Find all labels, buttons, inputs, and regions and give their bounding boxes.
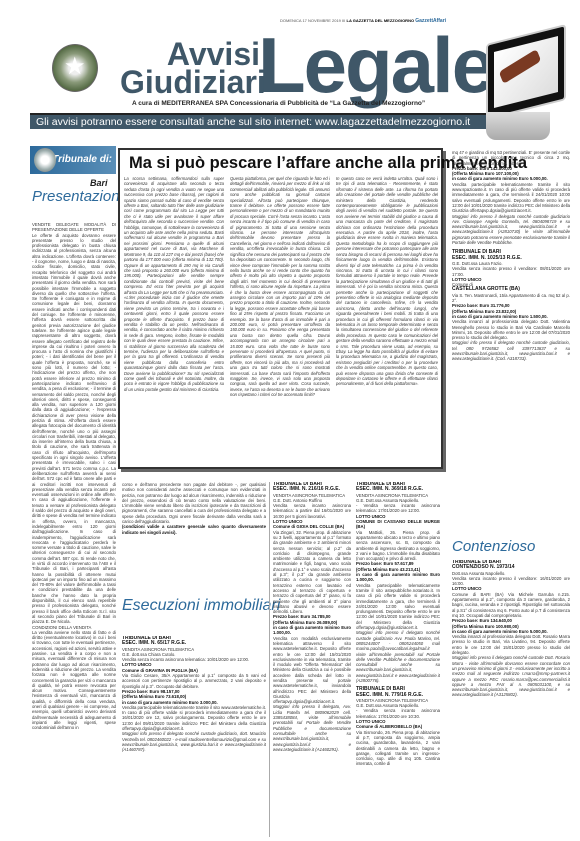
info: Maggiori info presso il delegato nonché … xyxy=(356,630,440,683)
details: Vendita partecipabile telematicamente tr… xyxy=(356,583,440,631)
general-conditions: corso e dell'anno precedente non pagate … xyxy=(122,482,266,597)
ad-contenzioso: TRIBUNALE DI BARI CONTENZIOSO N. 1973/14… xyxy=(452,560,570,820)
text-1: Le offerte di acquisto dovranno essere p… xyxy=(32,233,116,625)
date: Vendita senza incanto presso il venditor… xyxy=(452,576,570,587)
article-col-1: La scorsa settimana, soffermandoci sulla… xyxy=(124,176,224,466)
intro: VENDITE DELEGATE MODALITÀ DI PRESENTAZIO… xyxy=(32,222,116,233)
desc-2: Via Sismondo, 26. Piena prop. di abitazi… xyxy=(356,730,440,767)
info: Maggiori info presso il delegato nonché … xyxy=(452,340,570,361)
conditions-note: (condizioni valide a carattere generale … xyxy=(122,524,266,535)
contenzioso-heading: Contenzioso xyxy=(452,538,535,555)
ad-216-16: TRIBUNALE DI BARI ESEC. IMM. N. 216/16 R… xyxy=(273,482,351,837)
conditions-text: corso e dell'anno precedente non pagate … xyxy=(122,482,266,524)
details: Vendita innanzi al professionista delega… xyxy=(452,634,570,655)
title-avvisi-giudiziari: Avvisi Giudiziari xyxy=(120,40,260,96)
right-column-ads: mq 47 e giardino di mq 53 pertinenziali.… xyxy=(452,150,570,535)
title-line-2: Giudiziari xyxy=(120,68,260,96)
article-col-2: Questa piattaforma, per quel che riguard… xyxy=(230,176,330,466)
raise: in caso di gara aumento minimo Euro 1.00… xyxy=(356,572,440,583)
cont-info: Maggiori info presso il delegato nonché … xyxy=(452,214,570,246)
info: Maggiori info presso il delegato, Avv. L… xyxy=(273,704,351,752)
desc: Via Mattioli, 26. Piena prop. di apparta… xyxy=(356,530,440,562)
cont-details: Vendita partecipabile telematicamente tr… xyxy=(452,182,570,214)
ad-369-18: TRIBUNALE DI BARI ESEC. IMM. N. 369/18 R… xyxy=(356,482,440,837)
details: Vendita partecipabile telematicamente tr… xyxy=(122,705,266,731)
date: Vendita senza incanto presso il venditor… xyxy=(452,266,570,277)
feature-article: Ma si può pescare l’affare anche alla pr… xyxy=(118,148,443,469)
desc: Via S. Ten. Mastronardi, 15/a Appartamen… xyxy=(452,293,570,304)
details: Vendita innanzi al professionista delega… xyxy=(452,319,570,340)
desc: Comune di BARI (BA) Via Michele Garruba … xyxy=(452,592,570,618)
repubblica-emblem-icon: ★ xyxy=(52,44,98,92)
details: Vendita con modalità esclusivamente tele… xyxy=(273,636,351,705)
place: Comune di GIOIA DEL COLLE (BA) xyxy=(273,524,351,529)
column-divider xyxy=(269,482,270,837)
date: - Vendita senza incanto asincrona telema… xyxy=(356,503,440,514)
gavel-monitor-icon xyxy=(486,24,566,120)
esecuzioni-heading: Esecuzioni immobiliari xyxy=(122,598,280,613)
ref: ESEC. IMM. N. 216/16 R.G.E. xyxy=(273,487,351,492)
desc: Via Zingari, 32. Piena prop. di abitazio… xyxy=(273,530,351,615)
info: Maggiori info presso il delegato nonché … xyxy=(452,655,570,697)
emblem-small-icon xyxy=(34,148,56,172)
desc: Via Giulio Cesare, 35/A Appartamento al … xyxy=(122,673,266,689)
text-2: La vendita avviene nello stato di fatto … xyxy=(32,630,116,731)
ad-65-17: TRIBUNALE DI BARI ESEC. IMM. N. 65/17 R.… xyxy=(122,636,266,836)
monitor-stand xyxy=(486,112,550,140)
article-col-3: In questo caso ne verrà indetta un'altra… xyxy=(336,176,438,466)
subtitle: A cura di MEDITERRANEA SPA Concessionari… xyxy=(132,100,425,107)
website-banner: Gli avvisi potranno essere consultati an… xyxy=(30,113,486,129)
place: COMUNE DI CASSANO DELLE MURGE (BA) xyxy=(356,519,440,530)
date: Vendita senza incanto asincrona telemati… xyxy=(273,503,351,519)
tribunale-city: Bari xyxy=(90,178,108,188)
tribunale-text: Tribunale di: xyxy=(52,154,112,165)
date-2: - Vendita senza incanto asincrona telema… xyxy=(356,708,440,719)
raise: in caso di gara aumento minimo Euro 1.00… xyxy=(273,625,351,636)
cont-text: mq 47 e giardino di mq 53 pertinenziali.… xyxy=(452,150,570,166)
title-legale: Legale xyxy=(258,30,493,100)
info: Maggiori info presso il delegato nonché … xyxy=(122,731,266,752)
presentazione-text: VENDITE DELEGATE MODALITÀ DI PRESENTAZIO… xyxy=(32,222,116,837)
